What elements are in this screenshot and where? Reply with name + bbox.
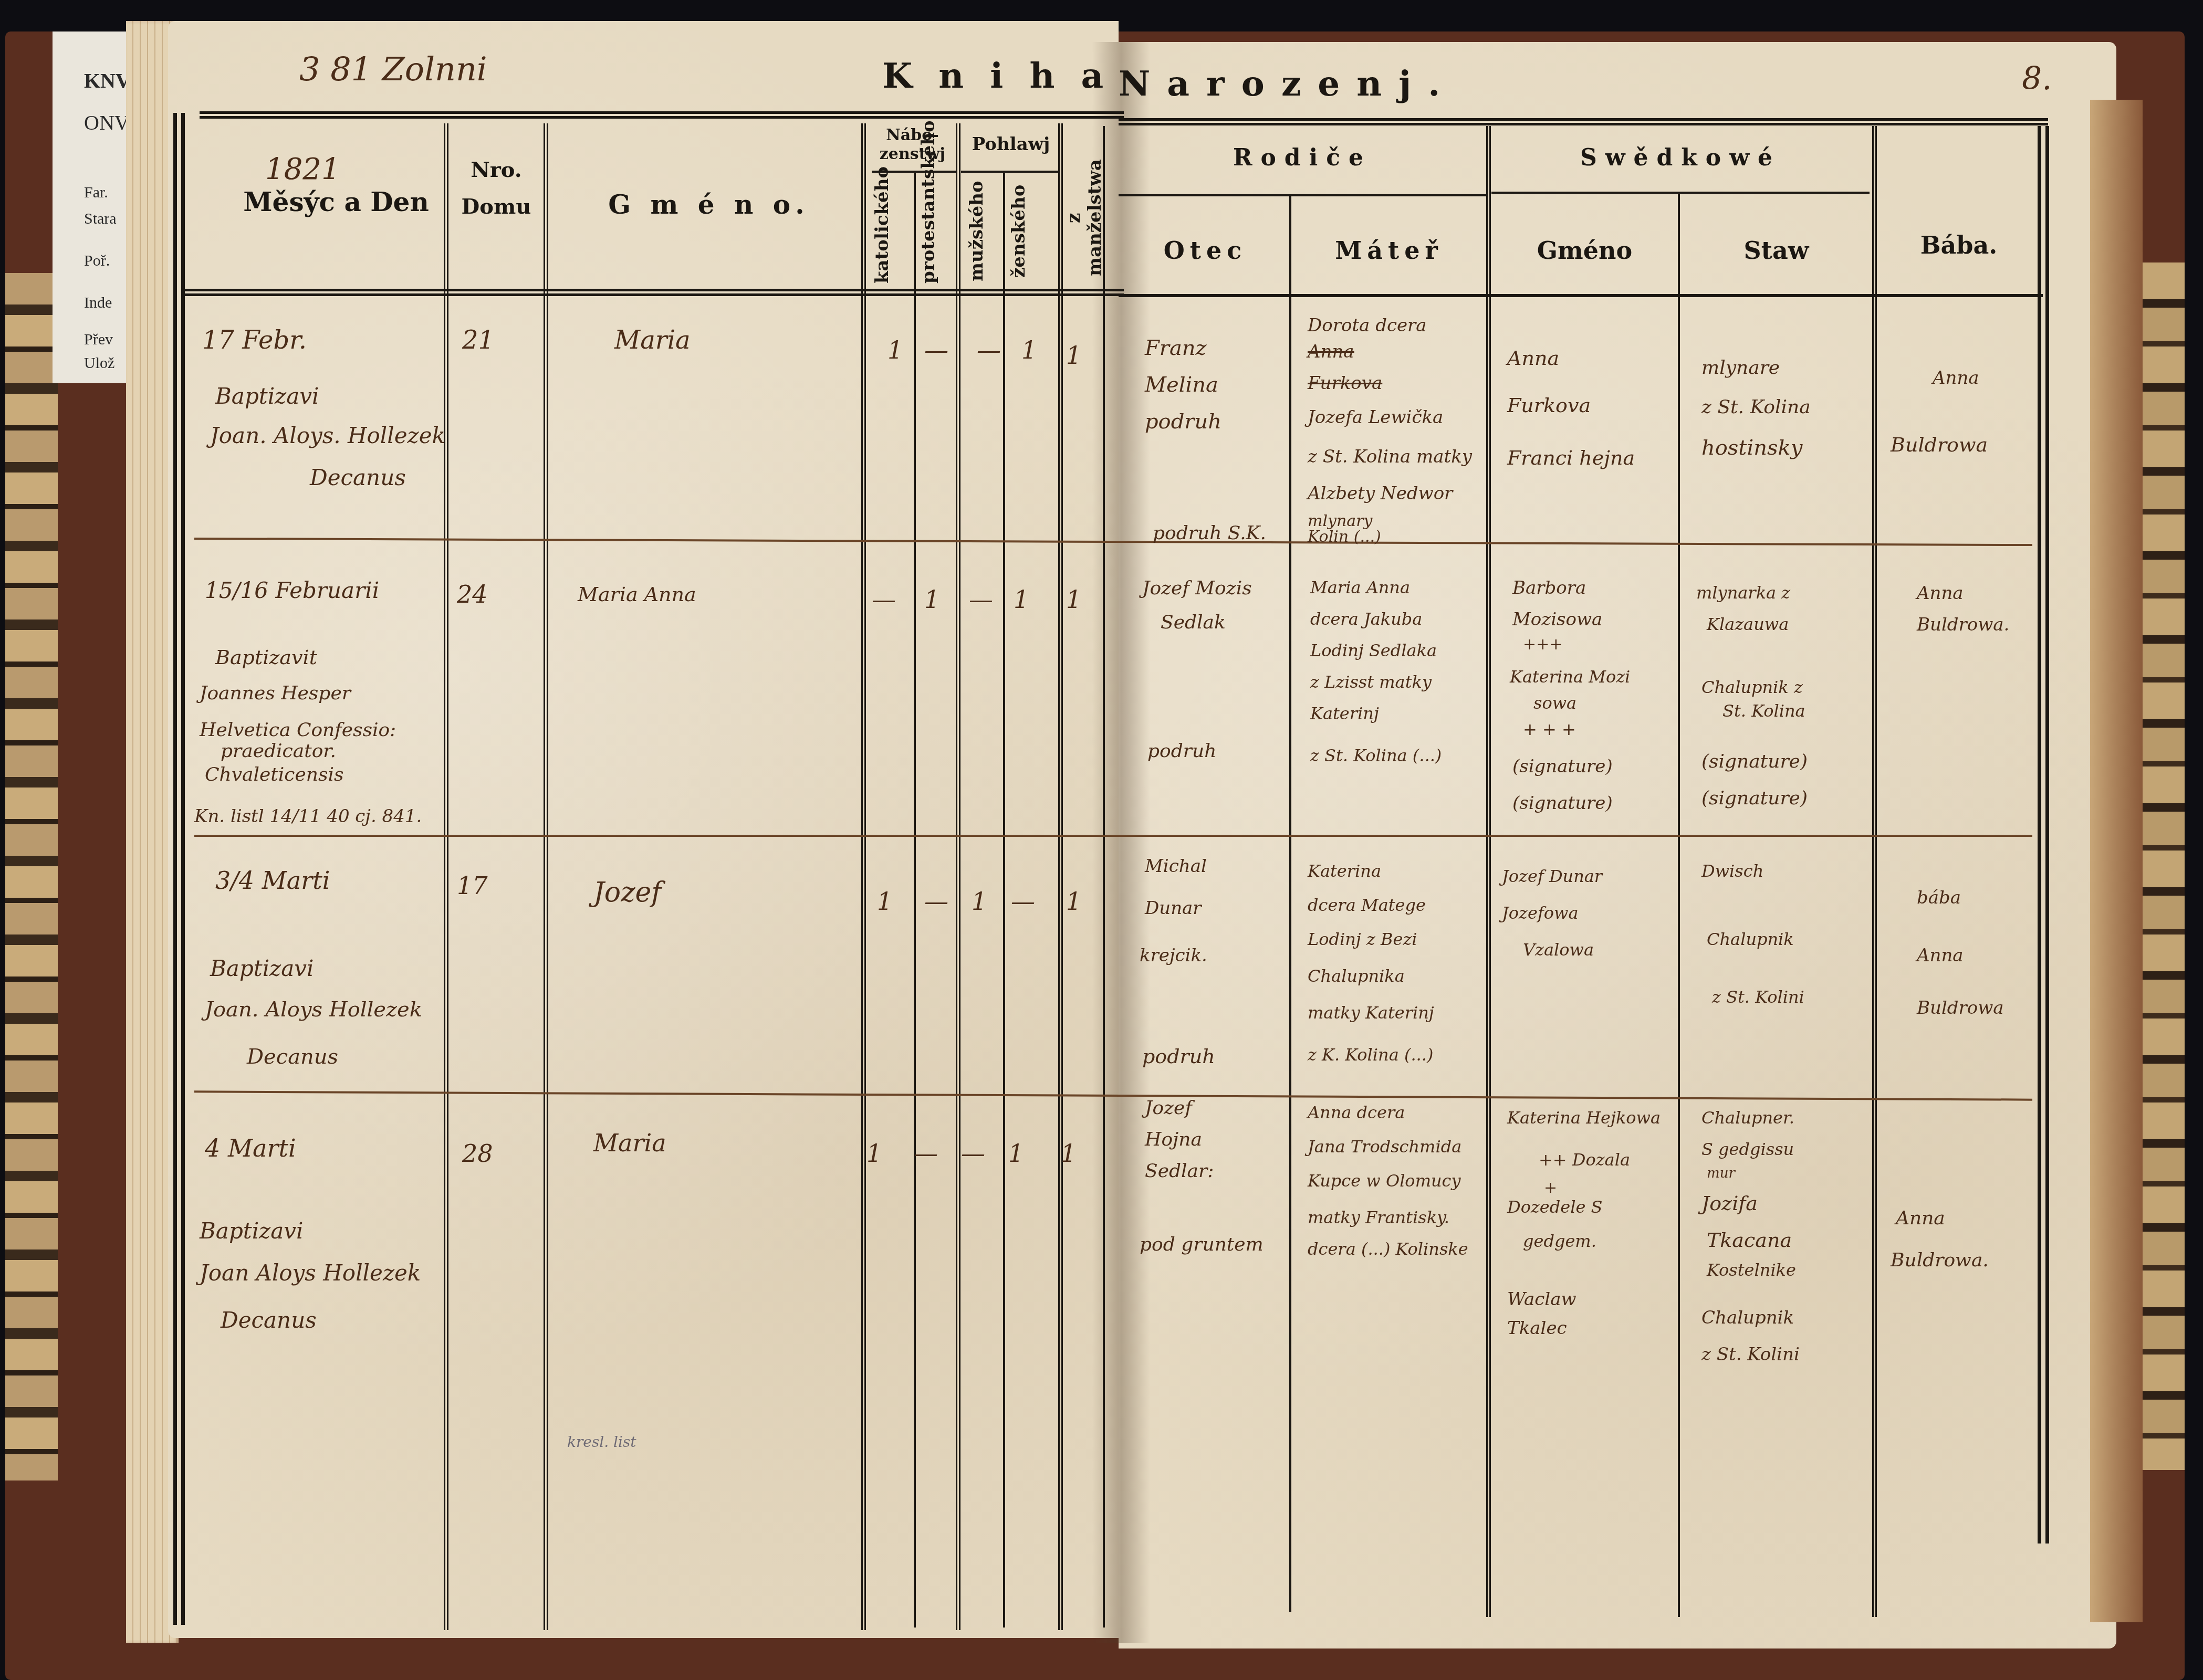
baptism-note: praedicator. xyxy=(221,740,336,762)
header-parents: Rodiče xyxy=(1119,144,1486,171)
mother-line: z Lzisst matky xyxy=(1310,672,1432,692)
header-catholic: katolického xyxy=(872,178,909,283)
witness-status-line: Chalupner. xyxy=(1701,1108,1794,1128)
header-male: mužského xyxy=(966,178,1000,283)
baptism-note: Decanus xyxy=(247,1045,338,1069)
col-rule xyxy=(444,123,448,1630)
entry-separator xyxy=(194,835,2032,837)
registry-note: Kn. listl 14/11 40 cj. 841. xyxy=(194,806,422,827)
top-frame-rule-right xyxy=(1119,118,2048,130)
baptism-note: Joan. Aloys. Hollezek xyxy=(210,423,445,448)
header-house-domu: Domu xyxy=(452,194,541,219)
witness-status-line: mlynare xyxy=(1701,357,1780,379)
entry-male: — xyxy=(961,1139,985,1168)
mother-line: Katerinj xyxy=(1310,703,1379,723)
entry-catholic: 1 xyxy=(866,1139,882,1168)
entry-male: — xyxy=(969,585,993,614)
mother-line: dcera Matege xyxy=(1308,895,1426,915)
right-page-edges xyxy=(2090,100,2143,1622)
midwife-line: Buldrowa xyxy=(1917,997,2004,1018)
witness-signature: (signature) xyxy=(1701,751,1808,772)
father-line: Michal xyxy=(1145,856,1207,877)
mother-line: matky Katerinj xyxy=(1308,1003,1434,1023)
year-label: 1821 xyxy=(265,152,340,186)
witness-name-line: Katerina Hejkowa xyxy=(1507,1108,1661,1128)
witness-name-line: Waclaw xyxy=(1507,1289,1576,1310)
entry-male: — xyxy=(977,336,1001,364)
mother-line: z St. Kolina (...) xyxy=(1310,745,1442,765)
archive-label-line: Stara xyxy=(84,210,117,228)
witness-name-line: Anna xyxy=(1507,346,1559,370)
entry-date: 15/16 Februarii xyxy=(205,577,379,603)
col-rule xyxy=(1872,126,1877,1617)
page-number: 8. xyxy=(2022,60,2052,97)
header-father: Otec xyxy=(1124,236,1287,265)
midwife-line: bába xyxy=(1917,887,1961,908)
entry-protestant: — xyxy=(924,887,948,916)
right-page xyxy=(1119,42,2116,1648)
witness-status-line: St. Kolina xyxy=(1722,701,1805,721)
midwife-line: Anna xyxy=(1933,367,1979,388)
entry-house: 28 xyxy=(462,1139,493,1168)
entry-male: 1 xyxy=(972,887,987,916)
witness-name-line: Katerina Mozi xyxy=(1510,667,1630,687)
header-witnesses: Swědkowé xyxy=(1491,144,1870,171)
witness-status-line: z St. Kolina xyxy=(1701,396,1811,418)
father-line: Jozef Mozis xyxy=(1142,577,1252,599)
entry-female: — xyxy=(1011,887,1035,916)
baptism-note: Joannes Hesper xyxy=(200,682,351,704)
baptism-note: Chvaleticensis xyxy=(205,764,343,785)
entry-child-name: Maria xyxy=(614,325,691,355)
witness-status-line: z St. Kolini xyxy=(1701,1344,1800,1365)
entry-female: 1 xyxy=(1014,585,1029,614)
father-line: podruh xyxy=(1147,740,1216,762)
witness-name-line: Vzalowa xyxy=(1523,940,1594,960)
header-bottom-rule-right xyxy=(1119,294,2043,297)
header-witness-status: Staw xyxy=(1683,236,1870,265)
archive-label-line: ONV xyxy=(84,110,130,135)
title-narozeni: Narozenj. xyxy=(1119,63,1457,104)
col-rule xyxy=(1289,194,1291,1612)
entry-date: 3/4 Marti xyxy=(215,866,330,895)
col-rule xyxy=(1003,173,1005,1627)
col-rule xyxy=(861,123,866,1630)
witness-name-line: Barbora xyxy=(1512,577,1586,598)
mother-line: Maria Anna xyxy=(1310,577,1410,597)
midwife-line: Anna xyxy=(1917,583,1964,604)
mother-line: Alzbety Nedwor xyxy=(1308,483,1453,504)
witness-name-line: Jozef Dunar xyxy=(1502,866,1602,886)
witness-status-line: Klazauwa xyxy=(1707,614,1789,634)
father-note: podruh xyxy=(1142,1045,1215,1068)
mother-line: Chalupnika xyxy=(1308,966,1405,986)
witness-status-line: mur xyxy=(1707,1165,1735,1181)
header-name: G m é n o. xyxy=(578,189,840,220)
marbled-cover-left xyxy=(5,273,58,1480)
baptism-note: Baptizavi xyxy=(200,1218,303,1244)
father-line: Dunar xyxy=(1145,898,1202,919)
mother-line: Anna dcera xyxy=(1308,1102,1405,1122)
mother-line: dcera Jakuba xyxy=(1310,609,1422,629)
handwritten-place-note: 3 81 Zolnni xyxy=(299,50,487,88)
title-kniha: Kniha xyxy=(882,55,1130,96)
col-rule xyxy=(914,173,916,1627)
entry-legitimate: 1 xyxy=(1061,1139,1076,1168)
witness-status-line: mlynarka z xyxy=(1696,583,1790,603)
col-rule xyxy=(544,123,548,1630)
witness-status-line: Chalupnik xyxy=(1701,1307,1794,1328)
col-rule xyxy=(1058,123,1063,1630)
father-note: podruh S.K. xyxy=(1153,522,1266,544)
col-rule xyxy=(1486,126,1491,1617)
witness-name-line: + xyxy=(1544,1179,1557,1197)
baptism-note: Baptizavi xyxy=(215,383,319,409)
witness-status-line: Chalupnik xyxy=(1707,929,1794,949)
baptism-note: Decanus xyxy=(221,1307,317,1333)
witness-name-line: sowa xyxy=(1533,693,1576,713)
archive-label-line: KNV xyxy=(84,68,131,93)
father-line: Hojna xyxy=(1145,1129,1202,1150)
midwife-line: Buldrowa xyxy=(1891,433,1988,456)
header-female: ženského xyxy=(1008,178,1042,283)
book-gutter xyxy=(1092,42,1150,1643)
witness-status-line: hostinsky xyxy=(1701,436,1802,460)
archive-label-line: Poř. xyxy=(84,252,110,270)
mother-line: Katerina xyxy=(1308,861,1381,881)
header-religion-group: Nábo-zenstwj xyxy=(869,126,956,164)
entry-catholic: 1 xyxy=(888,336,903,364)
father-line: Melina xyxy=(1145,373,1218,397)
midwife-line: Anna xyxy=(1917,945,1964,966)
header-mother: Mátеř xyxy=(1294,236,1484,265)
witness-name-line: gedgem. xyxy=(1523,1231,1596,1251)
col-rule xyxy=(1678,194,1680,1617)
witness-status-line: Jozifa xyxy=(1701,1192,1758,1215)
father-line: Sedlak xyxy=(1161,612,1226,633)
entry-child-name: Maria xyxy=(593,1129,666,1157)
col-rule xyxy=(1103,126,1105,1627)
midwife-line: Anna xyxy=(1896,1207,1945,1229)
mother-line: Dorota dcera xyxy=(1308,315,1427,336)
entry-protestant: — xyxy=(924,336,948,364)
entry-legitimate: 1 xyxy=(1066,341,1081,370)
entry-child-name: Jozef xyxy=(593,877,662,908)
header-house-nro: Nro. xyxy=(452,157,541,182)
witness-name-line: Mozisowa xyxy=(1512,609,1602,630)
entry-legitimate: 1 xyxy=(1066,887,1081,916)
baptism-note: Joan. Aloys Hollezek xyxy=(205,997,422,1022)
mother-line: Lodinj z Bezi xyxy=(1308,929,1417,949)
father-note: pod gruntem xyxy=(1140,1234,1264,1255)
mother-line: Lodinj Sedlaka xyxy=(1310,640,1437,660)
right-frame-rule xyxy=(2038,126,2049,1543)
entry-house: 21 xyxy=(462,325,494,355)
header-midwife: Bába. xyxy=(1880,231,2038,259)
mother-line: dcera (...) Kolinske xyxy=(1308,1239,1468,1259)
entry-house: 17 xyxy=(457,871,488,900)
header-bottom-rule-left xyxy=(184,289,1124,300)
entry-house: 24 xyxy=(457,580,488,608)
witness-signature: (signature) xyxy=(1512,756,1613,777)
witness-signature: (signature) xyxy=(1701,787,1808,809)
header-protestant: protestantského xyxy=(918,178,955,283)
header-legitimate: z manželstwa xyxy=(1063,152,1100,283)
witness-name-line: Franci hejna xyxy=(1507,446,1635,469)
baptism-note: Helvetica Confessio: xyxy=(200,719,396,741)
mother-line: Kolin (...) xyxy=(1308,528,1381,546)
archive-label-line: Ulož xyxy=(84,354,114,372)
witness-name-line: ++ Dozala xyxy=(1539,1150,1630,1170)
archive-label-line: Far. xyxy=(84,184,108,202)
mother-line-struck: Furkova xyxy=(1308,373,1382,394)
baptism-note: Decanus xyxy=(310,465,406,490)
entry-date: 4 Marti xyxy=(205,1134,296,1162)
subheader-rule xyxy=(961,171,1058,173)
header-date: Měsýc a Den xyxy=(242,186,431,217)
witness-status-line: Dwisch xyxy=(1701,861,1763,881)
entry-date: 17 Febr. xyxy=(202,325,307,355)
witness-status-line: z St. Kolini xyxy=(1712,987,1804,1007)
witness-name-line: +++ xyxy=(1523,635,1562,654)
archive-label-line: Přev xyxy=(84,331,113,349)
entry-protestant: 1 xyxy=(924,585,939,614)
witness-status-line: Kostelnike xyxy=(1707,1260,1796,1280)
midwife-line: Buldrowa. xyxy=(1891,1249,1989,1271)
witness-signature: (signature) xyxy=(1512,793,1613,814)
mother-line: matky Frantisky. xyxy=(1308,1207,1449,1227)
witness-name-line: Dozedele S xyxy=(1507,1197,1602,1217)
mother-line: Jozefa Lewička xyxy=(1308,407,1443,428)
witness-name-line: Jozefowa xyxy=(1502,903,1578,923)
left-frame-rule xyxy=(173,113,185,1625)
father-line: Franz xyxy=(1145,336,1207,360)
witness-status-line: S gedgissu xyxy=(1701,1139,1794,1159)
entry-female: 1 xyxy=(1021,336,1037,364)
baptism-note: Joan Aloys Hollezek xyxy=(200,1260,421,1286)
col-rule xyxy=(956,123,960,1630)
entry-protestant: — xyxy=(914,1139,938,1168)
entry-legitimate: 1 xyxy=(1066,585,1081,614)
witness-name-line: Furkova xyxy=(1507,394,1591,417)
mother-line: z K. Kolina (...) xyxy=(1308,1045,1433,1065)
header-sex-group: Pohlawj xyxy=(964,134,1058,155)
father-line: Sedlar: xyxy=(1145,1160,1214,1182)
header-witness-name: Gméno xyxy=(1494,236,1675,265)
mother-line-struck: Anna xyxy=(1308,341,1354,362)
entry-catholic: 1 xyxy=(877,887,892,916)
witness-name-line: Tkalec xyxy=(1507,1318,1567,1339)
mother-line: Kupce w Olomucy xyxy=(1308,1171,1461,1191)
mother-line: z St. Kolina matky xyxy=(1308,446,1472,467)
entry-child-name: Maria Anna xyxy=(578,583,696,606)
father-line: Jozef xyxy=(1145,1097,1192,1119)
pencil-note: kresl. list xyxy=(567,1433,636,1451)
father-line: podruh xyxy=(1145,409,1221,434)
archive-label-line: Inde xyxy=(84,294,112,312)
top-frame-rule-left xyxy=(200,111,1124,123)
witness-status-line: Chalupnik z xyxy=(1701,677,1803,697)
witness-name-line: + + + xyxy=(1523,719,1576,739)
midwife-line: Buldrowa. xyxy=(1917,614,2009,635)
father-line: krejcik. xyxy=(1140,945,1207,966)
mother-line: Jana Trodschmida xyxy=(1308,1137,1461,1157)
subheader-rule xyxy=(1491,192,1870,194)
baptism-note: Baptizavi xyxy=(210,955,314,981)
witness-status-line: Tkacana xyxy=(1707,1228,1792,1252)
entry-female: 1 xyxy=(1008,1139,1024,1168)
entry-catholic: — xyxy=(872,585,896,614)
baptism-note: Baptizavit xyxy=(215,646,317,669)
subheader-rule xyxy=(1119,194,1486,196)
